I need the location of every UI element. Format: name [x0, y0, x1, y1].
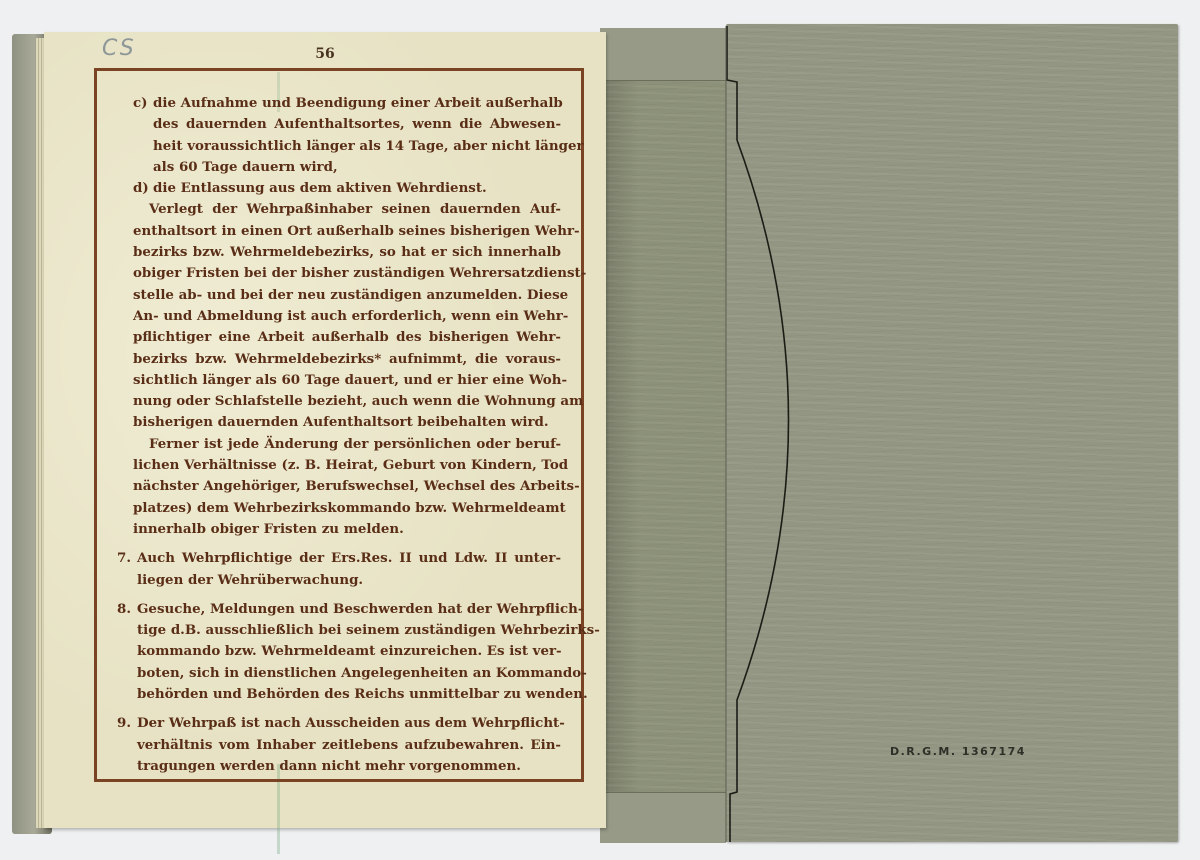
text-line: tragungen werden dann nicht mehr vorgeno…	[137, 756, 561, 777]
paragraph-label: 8.	[117, 599, 131, 620]
paragraph: Verlegt der Wehrpaßinhaber seinen dauern…	[117, 199, 561, 433]
text-line: sichtlich länger als 60 Tage dauert, und…	[133, 370, 561, 391]
text-line: innerhalb obiger Fristen zu melden.	[133, 519, 561, 540]
paragraph: 8.Gesuche, Meldungen und Beschwerden hat…	[117, 599, 561, 705]
text-line: verhältnis vom Inhaber zeitlebens aufzub…	[137, 735, 561, 756]
text-line: heit voraussichtlich länger als 14 Tage,…	[153, 136, 561, 157]
paragraph-label: d)	[133, 178, 149, 199]
text-line: des dauernden Aufenthaltsortes, wenn die…	[153, 114, 561, 135]
text-frame: c)die Aufnahme und Beendigung einer Arbe…	[94, 68, 584, 782]
text-line: liegen der Wehrüberwachung.	[137, 570, 561, 591]
text-line: An- und Abmeldung ist auch erforderlich,…	[133, 306, 561, 327]
text-line: obiger Fristen bei der bisher zuständige…	[133, 263, 561, 284]
text-line: nächster Angehöriger, Berufswechsel, Wec…	[133, 476, 561, 497]
paragraph: 9.Der Wehrpaß ist nach Ausscheiden aus d…	[117, 713, 561, 777]
paragraph: Ferner ist jede Änderung der persönliche…	[117, 434, 561, 540]
left-page: CS 56 c)die Aufnahme und Beendigung eine…	[44, 32, 606, 828]
text-line: stelle ab- und bei der neu zuständigen a…	[133, 285, 561, 306]
text-line: die Entlassung aus dem aktiven Wehrdiens…	[153, 178, 561, 199]
text-line: enthaltsort in einen Ort außerhalb seine…	[133, 221, 561, 242]
cover-inner-spine	[600, 28, 730, 842]
patent-imprint: D.R.G.M. 1367174	[890, 745, 1026, 758]
paragraph-label: c)	[133, 93, 148, 114]
cover-pocket-panel	[726, 24, 1178, 842]
text-line: die Aufnahme und Beendigung einer Arbeit…	[153, 93, 561, 114]
page-number: 56	[44, 46, 606, 62]
text-line: Der Wehrpaß ist nach Ausscheiden aus dem…	[137, 713, 561, 734]
paragraph: 7.Auch Wehrpflichtige der Ers.Res. II un…	[117, 548, 561, 591]
text-line: Ferner ist jede Änderung der persönliche…	[133, 434, 561, 455]
paragraph: d)die Entlassung aus dem aktiven Wehrdie…	[117, 178, 561, 199]
paragraph-label: 7.	[117, 548, 131, 569]
text-line: bisherigen dauernden Aufenthaltsort beib…	[133, 412, 561, 433]
text-line: bezirks bzw. Wehrmeldebezirks* aufnimmt,…	[133, 349, 561, 370]
text-line: Verlegt der Wehrpaßinhaber seinen dauern…	[133, 199, 561, 220]
text-line: kommando bzw. Wehrmeldeamt einzureichen.…	[137, 641, 561, 662]
text-line: behörden und Behörden des Reichs unmitte…	[137, 684, 561, 705]
paragraph-label: 9.	[117, 713, 131, 734]
text-line: nung oder Schlafstelle bezieht, auch wen…	[133, 391, 561, 412]
text-line: lichen Verhältnisse (z. B. Heirat, Gebur…	[133, 455, 561, 476]
text-line: Auch Wehrpflichtige der Ers.Res. II und …	[137, 548, 561, 569]
paragraph: c)die Aufnahme und Beendigung einer Arbe…	[117, 93, 561, 178]
text-line: Gesuche, Meldungen und Beschwerden hat d…	[137, 599, 561, 620]
text-line: bezirks bzw. Wehrmeldebezirks, so hat er…	[133, 242, 561, 263]
text-line: platzes) dem Wehrbezirkskommando bzw. We…	[133, 498, 561, 519]
pocket-strip-top	[600, 28, 726, 81]
page-text: c)die Aufnahme und Beendigung einer Arbe…	[117, 87, 561, 777]
text-line: pflichtiger eine Arbeit außerhalb des bi…	[133, 327, 561, 348]
pocket-strip-bottom	[600, 792, 726, 843]
text-line: boten, sich in dienstlichen Angelegenhei…	[137, 663, 561, 684]
text-line: als 60 Tage dauern wird,	[153, 157, 561, 178]
text-line: tige d.B. ausschließlich bei seinem zust…	[137, 620, 561, 641]
